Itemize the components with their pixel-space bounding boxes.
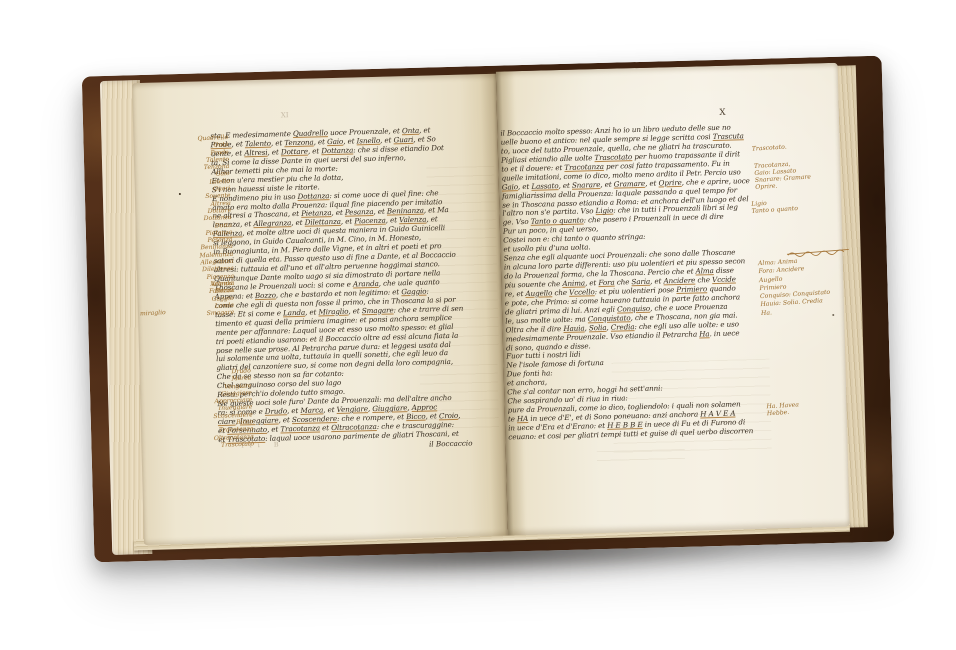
page-number: X <box>711 107 735 118</box>
left-marginalia-lower: DrudoMarcaVengiareGiuggiareApprocciareIn… <box>163 367 254 451</box>
right-marginalia-5: Ha. HaveaHebbe. <box>766 401 799 418</box>
showthrough-page-number: XI <box>281 111 289 119</box>
margin-note: miraglio <box>140 309 166 318</box>
ink-speck <box>832 314 834 316</box>
right-page-text: il Boccaccio molto spesso: Anzi ho io un… <box>500 123 768 443</box>
open-book: XI sta. E medesimamente Quadrello uoce P… <box>82 56 894 563</box>
right-marginalia-3: LigioTanto o quanto <box>751 198 798 215</box>
right-marginalia-4: Alma: AnimaFora: AncidereAugelloPrimiero… <box>758 256 832 318</box>
book-photograph: XI sta. E medesimamente Quadrello uoce P… <box>0 0 956 650</box>
right-marginalia-2: Tracotanza,Gaio: LassatoSnarare: Gramare… <box>754 160 812 192</box>
left-marginalia-upper: QuadrelloOntaProdeTalentoTenzonaGaioIsne… <box>140 134 235 298</box>
